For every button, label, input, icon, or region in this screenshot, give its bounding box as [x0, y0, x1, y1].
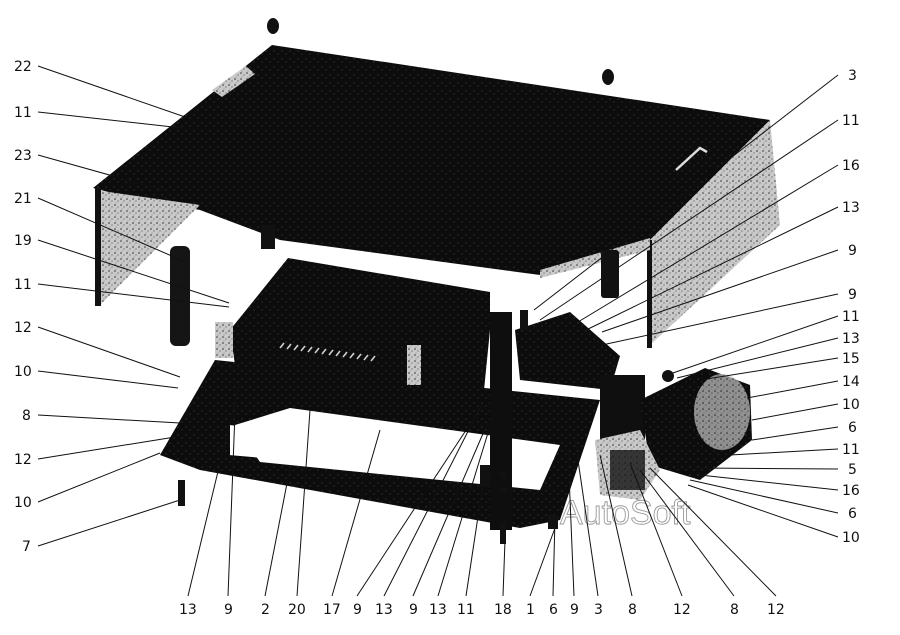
callout-left-6: 12 — [14, 320, 32, 336]
post-3 — [520, 310, 528, 330]
callout-right-10: 10 — [842, 397, 860, 413]
callout-bottom-0: 13 — [179, 602, 197, 618]
callout-bottom-7: 9 — [409, 602, 418, 618]
callout-bottom-1: 9 — [224, 602, 233, 618]
callout-right-16: 10 — [842, 530, 860, 546]
callout-left-0: 22 — [14, 59, 32, 75]
callout-left-9: 12 — [14, 452, 32, 468]
callout-left-5: 11 — [14, 277, 32, 293]
callout-bottom-18: 12 — [767, 602, 785, 618]
callout-bottom-4: 17 — [323, 602, 341, 618]
callout-bottom-5: 9 — [353, 602, 362, 618]
callout-right-2: 16 — [842, 158, 860, 174]
bracket-left — [215, 322, 233, 358]
callout-bottom-11: 1 — [526, 602, 535, 618]
callout-bottom-16: 12 — [673, 602, 691, 618]
callout-right-6: 11 — [842, 309, 860, 325]
callout-right-8: 15 — [842, 351, 860, 367]
bracket-plate — [407, 345, 421, 385]
callout-right-11: 6 — [848, 420, 857, 436]
callout-bottom-9: 11 — [457, 602, 475, 618]
exploded-diagram: AutoSoft 2211232119111210812107311161399… — [0, 0, 900, 635]
callout-right-12: 11 — [842, 442, 860, 458]
callout-bottom-2: 2 — [261, 602, 270, 618]
callout-left-8: 8 — [22, 408, 31, 424]
callout-left-10: 10 — [14, 495, 32, 511]
callout-right-3: 13 — [842, 200, 860, 216]
callout-bottom-12: 6 — [549, 602, 558, 618]
bolt-7 — [178, 480, 185, 506]
motor-nut — [662, 370, 674, 382]
callout-left-2: 23 — [14, 148, 32, 164]
callout-right-7: 13 — [842, 331, 860, 347]
screw-6 — [548, 515, 558, 529]
callout-bottom-10: 18 — [494, 602, 512, 618]
callout-right-1: 11 — [842, 113, 860, 129]
callout-bottom-17: 8 — [730, 602, 739, 618]
callout-right-14: 16 — [842, 483, 860, 499]
callout-left-1: 11 — [14, 105, 32, 121]
callout-bottom-8: 13 — [429, 602, 447, 618]
callout-left-4: 19 — [14, 233, 32, 249]
callout-left-3: 21 — [14, 191, 32, 207]
callout-bottom-15: 8 — [628, 602, 637, 618]
callout-bottom-6: 13 — [375, 602, 393, 618]
callout-left-7: 10 — [14, 364, 32, 380]
callout-right-4: 9 — [848, 243, 857, 259]
spacer-post-21 — [170, 246, 190, 346]
callout-bottom-13: 9 — [570, 602, 579, 618]
callout-left-11: 7 — [22, 539, 31, 555]
callout-bottom-3: 20 — [288, 602, 306, 618]
callout-right-9: 14 — [842, 374, 860, 390]
callout-bottom-14: 3 — [594, 602, 603, 618]
callout-right-0: 3 — [848, 68, 857, 84]
cover-bolt-2 — [602, 69, 614, 85]
callout-right-5: 9 — [848, 287, 857, 303]
cover-bolt-1 — [267, 18, 279, 34]
callout-right-13: 5 — [848, 462, 857, 478]
callout-right-15: 6 — [848, 506, 857, 522]
watermark: AutoSoft — [560, 494, 691, 532]
